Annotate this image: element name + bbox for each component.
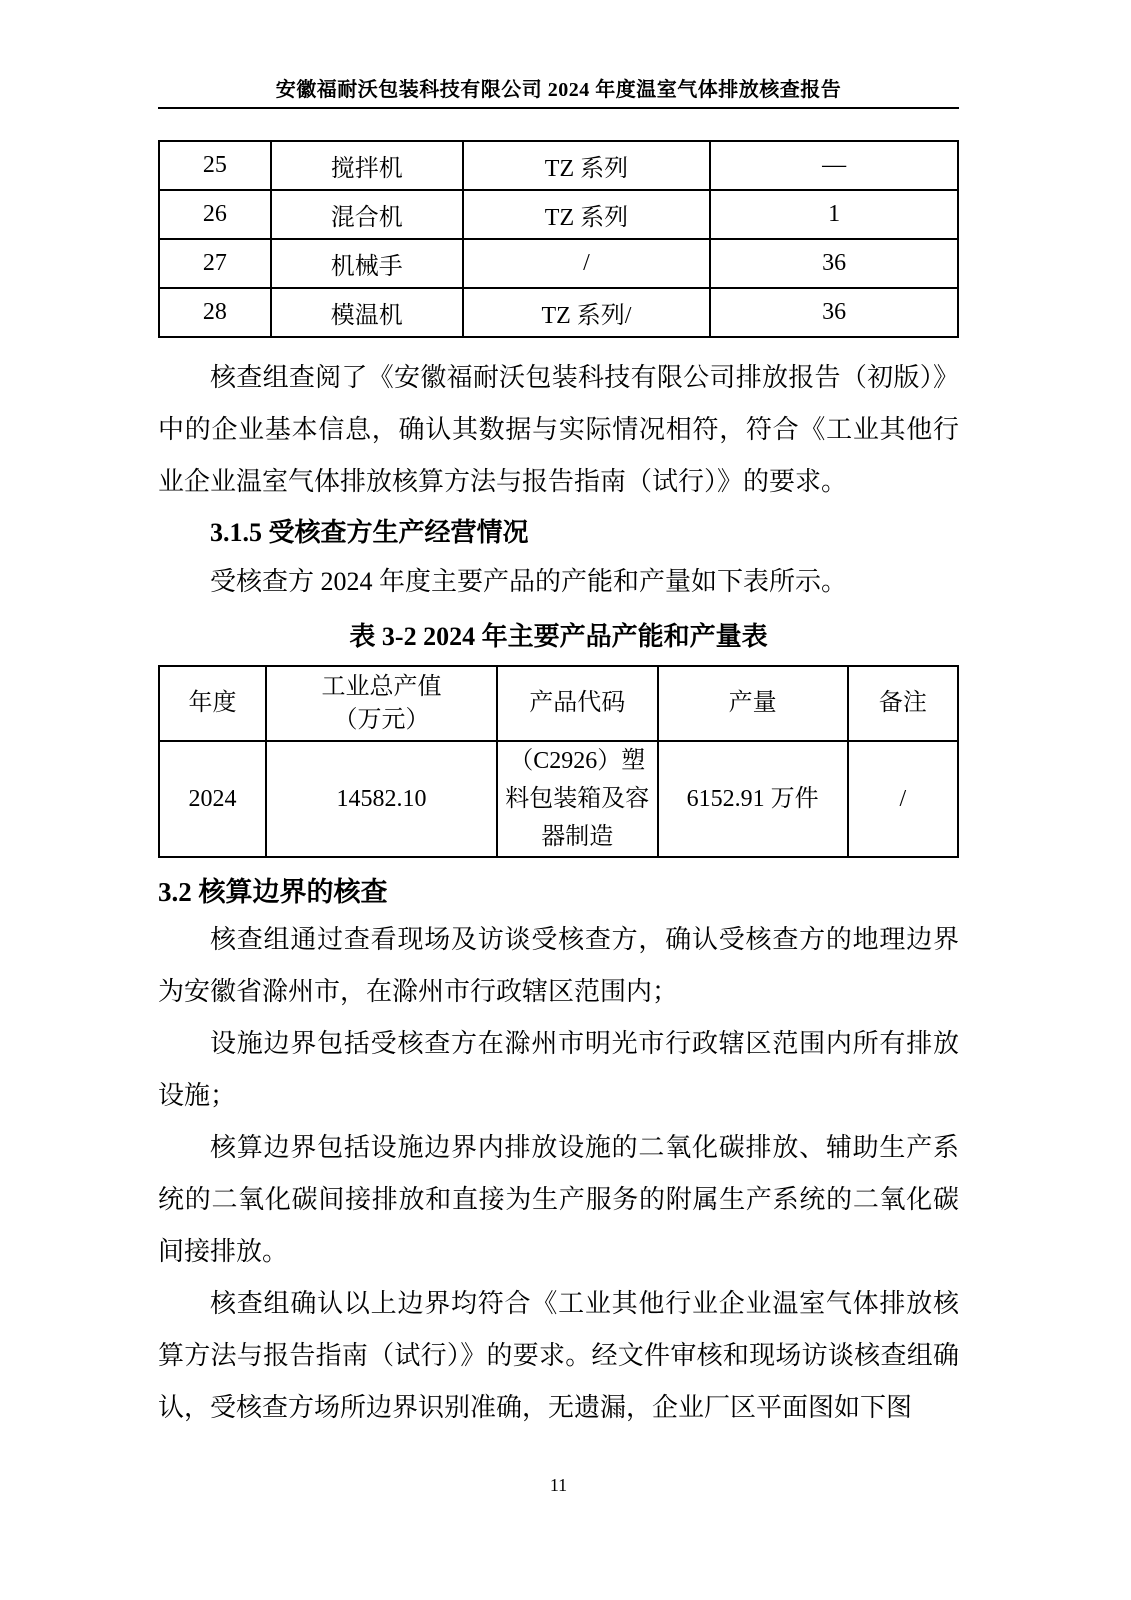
equipment-name: 机械手 xyxy=(271,239,463,288)
equipment-table-row: 27 机械手 / 36 xyxy=(159,239,958,288)
table-3-2-title: 表 3-2 2024 年主要产品产能和产量表 xyxy=(158,614,959,660)
equipment-table-row: 28 模温机 TZ 系列/ 36 xyxy=(159,288,958,337)
document-title: 安徽福耐沃包装科技有限公司 2024 年度温室气体排放核查报告 xyxy=(158,78,959,102)
cell-output-value: 14582.10 xyxy=(266,741,497,857)
equipment-table-row: 25 搅拌机 TZ 系列 — xyxy=(159,141,958,190)
section-heading-3-2: 3.2 核算边界的核查 xyxy=(158,870,959,914)
equipment-name: 模温机 xyxy=(271,288,463,337)
page-header: 安徽福耐沃包装科技有限公司 2024 年度温室气体排放核查报告 xyxy=(158,78,959,109)
equipment-model: TZ 系列 xyxy=(463,141,711,190)
paragraph-accounting-boundary: 核算边界包括设施边界内排放设施的二氧化碳排放、辅助生产系统的二氧化碳间接排放和直… xyxy=(158,1122,959,1278)
equipment-qty: 36 xyxy=(710,288,958,337)
paragraph-production-intro: 受核查方 2024 年度主要产品的产能和产量如下表所示。 xyxy=(158,556,959,608)
equipment-no: 25 xyxy=(159,141,271,190)
equipment-no: 26 xyxy=(159,190,271,239)
equipment-qty: — xyxy=(710,141,958,190)
products-data-row: 2024 14582.10 （C2926）塑料包装箱及容器制造 6152.91 … xyxy=(159,741,958,857)
equipment-qty: 36 xyxy=(710,239,958,288)
equipment-model: TZ 系列 xyxy=(463,190,711,239)
paragraph-geo-boundary: 核查组通过查看现场及访谈受核查方，确认受核查方的地理边界为安徽省滁州市，在滁州市… xyxy=(158,914,959,1018)
equipment-no: 27 xyxy=(159,239,271,288)
header-product-code: 产品代码 xyxy=(497,666,658,741)
cell-year: 2024 xyxy=(159,741,266,857)
header-remark: 备注 xyxy=(848,666,958,741)
equipment-table-row: 26 混合机 TZ 系列 1 xyxy=(159,190,958,239)
equipment-qty: 1 xyxy=(710,190,958,239)
paragraph-boundary-confirmation: 核查组确认以上边界均符合《工业其他行业企业温室气体排放核算方法与报告指南（试行）… xyxy=(158,1278,959,1434)
equipment-model: / xyxy=(463,239,711,288)
paragraph-verification-review: 核查组查阅了《安徽福耐沃包装科技有限公司排放报告（初版）》中的企业基本信息，确认… xyxy=(158,352,959,508)
report-page: 安徽福耐沃包装科技有限公司 2024 年度温室气体排放核查报告 25 搅拌机 T… xyxy=(0,0,1131,1600)
page-number: 11 xyxy=(158,1475,959,1496)
section-heading-3-1-5: 3.1.5 受核查方生产经营情况 xyxy=(158,510,959,556)
equipment-no: 28 xyxy=(159,288,271,337)
equipment-name: 搅拌机 xyxy=(271,141,463,190)
header-production: 产量 xyxy=(658,666,848,741)
equipment-table: 25 搅拌机 TZ 系列 — 26 混合机 TZ 系列 1 27 机械手 / 3… xyxy=(158,140,959,338)
cell-remark: / xyxy=(848,741,958,857)
cell-product-code: （C2926）塑料包装箱及容器制造 xyxy=(497,741,658,857)
products-table: 年度 工业总产值 （万元） 产品代码 产量 备注 2024 14582.10 （… xyxy=(158,665,959,858)
header-year: 年度 xyxy=(159,666,266,741)
cell-production: 6152.91 万件 xyxy=(658,741,848,857)
equipment-model: TZ 系列/ xyxy=(463,288,711,337)
equipment-name: 混合机 xyxy=(271,190,463,239)
products-header-row: 年度 工业总产值 （万元） 产品代码 产量 备注 xyxy=(159,666,958,741)
header-output-value: 工业总产值 （万元） xyxy=(266,666,497,741)
paragraph-facility-boundary: 设施边界包括受核查方在滁州市明光市行政辖区范围内所有排放设施； xyxy=(158,1018,959,1122)
